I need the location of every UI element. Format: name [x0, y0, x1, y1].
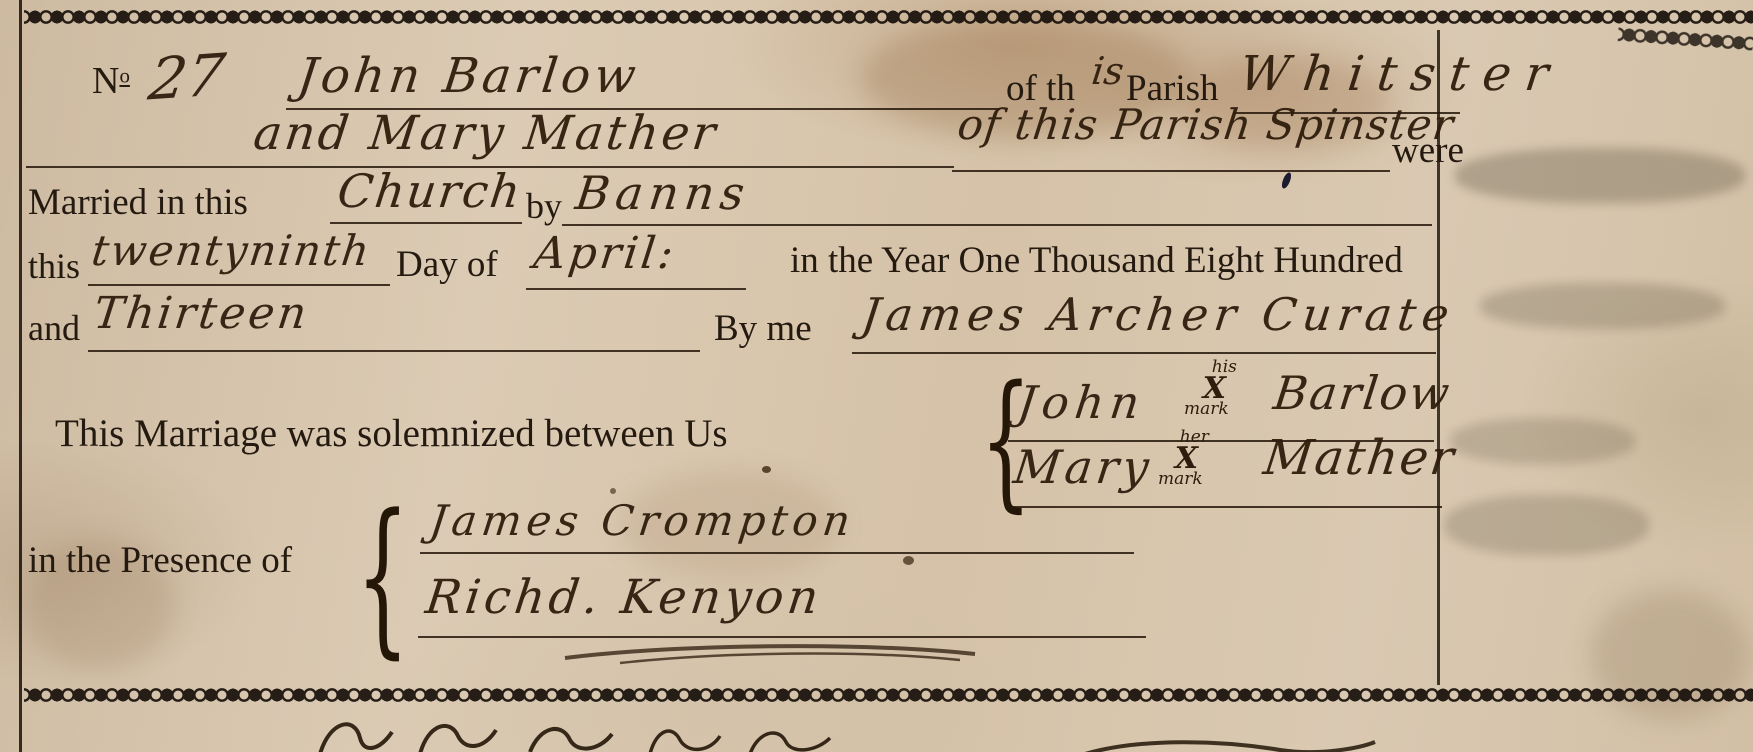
printed-solemnized-label: This Marriage was solemnized between Us: [55, 414, 728, 453]
officiant-handwriting: James Archer Curate: [859, 292, 1457, 337]
page-left-edge: [19, 0, 22, 752]
ink-blot: [1280, 171, 1293, 189]
method-rule: [562, 224, 1432, 226]
groom-mark-word-bottom: mark: [1184, 402, 1229, 417]
ink-bleed-through: [1480, 283, 1725, 329]
witness1-handwriting: James Crompton: [427, 500, 857, 542]
printed-this: this: [28, 248, 80, 284]
printed-day-of: Day of: [396, 246, 498, 283]
bride-parish-rule: [952, 170, 1390, 172]
bride-signature-rule: [1008, 506, 1442, 508]
printed-and: and: [28, 310, 80, 346]
groom-mark-x: X: [1203, 375, 1226, 402]
witness1-rule: [420, 552, 1134, 554]
inserted-is-handwriting: is: [1090, 52, 1126, 90]
marriage-register-scan: No 27 John Barlow of th is Parish Whitst…: [0, 0, 1753, 752]
entry-number-sup: o: [119, 64, 129, 88]
witness2-handwriting: Richd. Kenyon: [423, 574, 825, 621]
month-rule: [526, 288, 746, 290]
groom-mark: his X mark: [1192, 360, 1237, 418]
place-handwriting: Church: [335, 168, 524, 214]
printed-were: were: [1392, 132, 1464, 169]
month-handwriting: April:: [531, 232, 678, 276]
printed-presence-label: in the Presence of: [28, 542, 292, 579]
bride-mark-x: X: [1175, 445, 1198, 472]
groom-signature-first: John: [1015, 380, 1148, 425]
bottom-ornamental-border: [24, 682, 1753, 708]
bride-signature-last: Mather: [1261, 434, 1458, 482]
groom-mark-word-top: his: [1212, 360, 1237, 375]
entry-number-label: No: [92, 62, 130, 100]
method-handwriting: Banns: [573, 170, 753, 216]
day-handwriting: twentyninth: [89, 230, 373, 272]
printed-year-words: in the Year One Thousand Eight Hundred: [790, 242, 1403, 279]
entry-number-n: N: [92, 60, 119, 102]
witness2-flourish: [560, 640, 980, 666]
ink-speck: [903, 556, 914, 565]
groom-name-handwriting: John Barlow: [295, 52, 642, 100]
year-handwriting: Thirteen: [91, 292, 311, 336]
witnesses-brace: {: [356, 492, 409, 660]
bride-mark-word-bottom: mark: [1158, 472, 1203, 487]
place-rule: [330, 222, 522, 224]
ink-bleed-through: [1455, 148, 1745, 203]
day-rule: [88, 284, 390, 286]
bride-entry-handwriting: and Mary Mather: [251, 110, 721, 157]
bride-parish-handwriting: of this Parish Spinster: [955, 104, 1456, 146]
bride-mark: her X mark: [1164, 430, 1209, 488]
witness2-rule: [418, 636, 1146, 638]
next-entry-partial-writing: [300, 710, 860, 752]
officiant-rule: [852, 352, 1436, 354]
ink-bleed-through: [1450, 418, 1635, 464]
entry-number-value: 27: [145, 45, 228, 108]
bride-mark-word-top: her: [1180, 430, 1209, 445]
year-rule: [88, 350, 700, 352]
ink-bleed-through: [1444, 495, 1649, 555]
bride-signature-first: Mary: [1011, 444, 1155, 490]
ink-speck: [762, 466, 771, 473]
printed-by: by: [526, 188, 562, 224]
top-ornamental-border: [24, 4, 1753, 30]
ink-speck: [610, 488, 616, 494]
printed-married-in-this: Married in this: [28, 184, 248, 221]
printed-by-me: By me: [714, 310, 812, 347]
groom-parish-handwriting: Whitster: [1237, 50, 1565, 98]
groom-signature-last: Barlow: [1271, 370, 1454, 416]
next-entry-partial-writing: [1080, 736, 1380, 752]
